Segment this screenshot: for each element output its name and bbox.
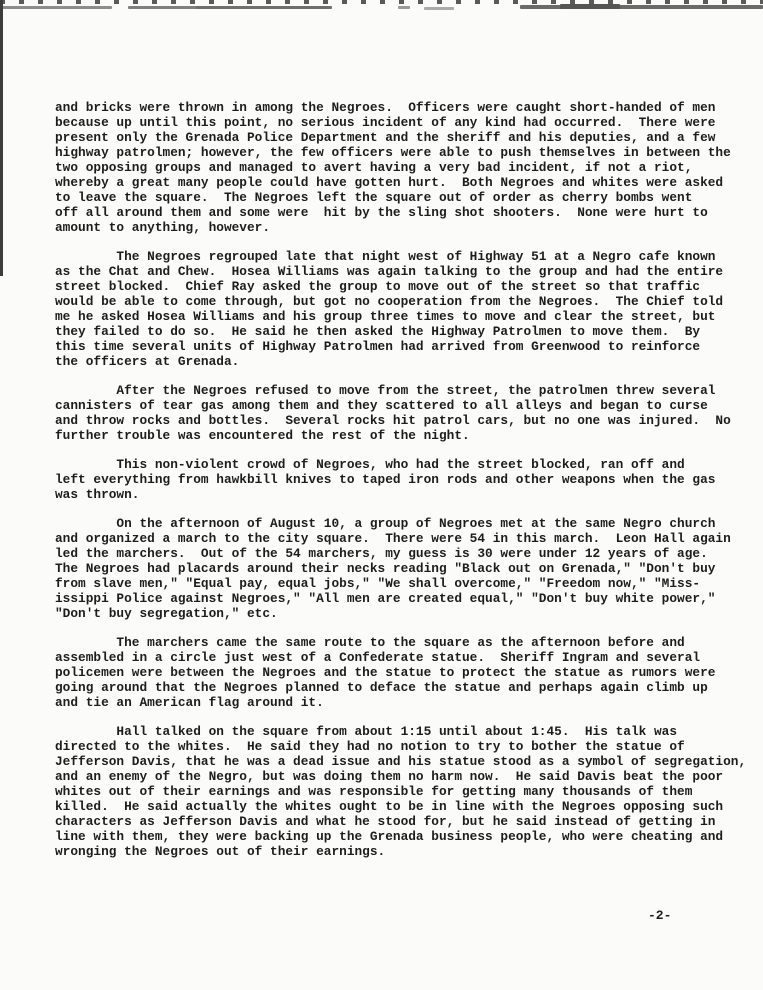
scan-artifact-perforation-dashes	[0, 0, 763, 4]
paragraph: The Negroes regrouped late that night we…	[55, 249, 755, 369]
scan-artifact-streak	[128, 6, 198, 9]
paragraph: Hall talked on the square from about 1:1…	[55, 724, 755, 859]
paragraph: On the afternoon of August 10, a group o…	[55, 516, 755, 621]
scan-artifact-streak	[196, 6, 332, 9]
scan-artifact-streak	[398, 6, 410, 9]
scan-artifact-streak	[0, 6, 112, 9]
document-body: and bricks were thrown in among the Negr…	[55, 100, 755, 873]
paragraph: This non-violent crowd of Negroes, who h…	[55, 457, 755, 502]
scan-artifact-streak	[520, 5, 763, 9]
document-page: and bricks were thrown in among the Negr…	[0, 0, 763, 990]
paragraph: After the Negroes refused to move from t…	[55, 383, 755, 443]
scan-artifact-streak	[424, 7, 454, 10]
page-number: -2-	[648, 908, 671, 923]
scan-artifact-streak	[560, 4, 620, 9]
paragraph: and bricks were thrown in among the Negr…	[55, 100, 755, 235]
scan-artifact-left-edge-line	[0, 0, 3, 276]
paragraph: The marchers came the same route to the …	[55, 635, 755, 710]
